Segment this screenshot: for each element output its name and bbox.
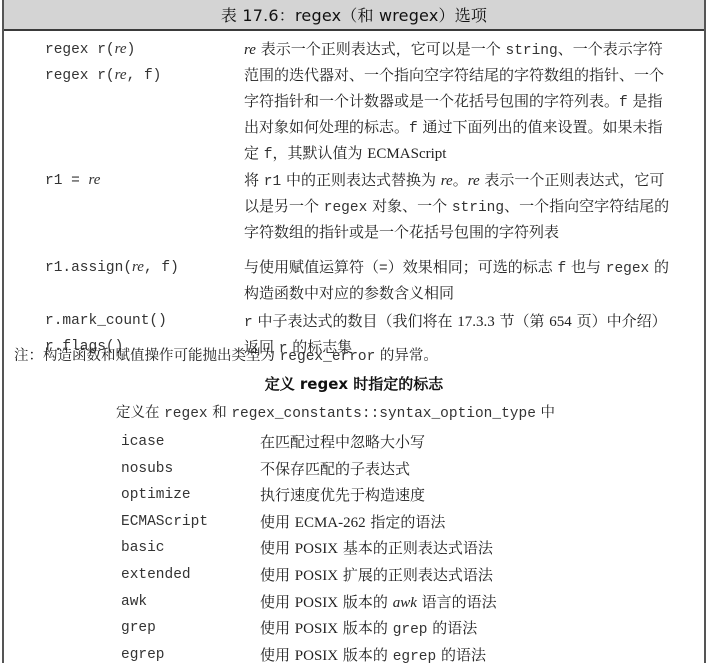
- table-title: 表 17.6：regex（和 wregex）选项: [221, 3, 487, 26]
- signature: r1 = re: [45, 167, 100, 193]
- text-span: 使用: [260, 646, 295, 663]
- text-span: 出对象如何处理的标志。: [244, 118, 409, 136]
- flag-name: grep: [121, 615, 156, 641]
- regex-options-table: 表 17.6：regex（和 wregex）选项 regex r(re)rege…: [2, 0, 706, 663]
- text-span: 注：构造函数和赋值操作可能抛出类型为: [14, 348, 280, 364]
- description-line: 以是另一个 regex 对象、一个 string、一个指向空字符结尾的: [244, 193, 702, 219]
- text-span: 将: [244, 171, 264, 189]
- signature: regex r(re): [45, 36, 161, 62]
- text-span: POSIX: [295, 595, 338, 611]
- exception-note: 注：构造函数和赋值操作可能抛出类型为 regex_error 的异常。: [14, 346, 438, 367]
- description-line: 字符指针和一个计数器或是一个花括号包围的字符列表。f 是指: [244, 88, 702, 114]
- flag-description: 使用 POSIX 版本的 grep 的语法: [260, 615, 477, 643]
- text-span: regex_constants::syntax_option_type: [231, 406, 536, 422]
- text-span: r1: [264, 174, 281, 190]
- text-span: regex: [324, 200, 368, 216]
- flag-row: awk使用 POSIX 版本的 awk 语言的语法: [4, 589, 704, 615]
- text-span: 中子表达式的数目（我们将在: [253, 312, 458, 330]
- table-header: 表 17.6：regex（和 wregex）选项: [4, 0, 704, 31]
- flag-row: egrep使用 POSIX 版本的 egrep 的语法: [4, 642, 704, 663]
- text-span: regex: [164, 406, 208, 422]
- text-span: 扩展的正则表达式语法: [338, 566, 493, 584]
- description-line: 范围的迭代器对、一个指向空字符结尾的字符数组的指针、一个: [244, 62, 702, 88]
- text-span: grep: [393, 622, 428, 638]
- flag-description: 使用 POSIX 基本的正则表达式语法: [260, 535, 493, 562]
- signature-cell: r1 = re: [45, 167, 100, 193]
- text-span: POSIX: [295, 648, 338, 663]
- text-span: 版本的: [338, 646, 393, 663]
- flag-name: awk: [121, 589, 147, 615]
- text-span: ECMAScript: [367, 146, 446, 162]
- flag-description: 使用 ECMA-262 指定的语法: [260, 509, 445, 536]
- text-span: 是指: [628, 92, 663, 110]
- flags-defined-in: 定义在 regex 和 regex_constants::syntax_opti…: [116, 401, 555, 422]
- text-span: r: [244, 315, 253, 331]
- text-span: 使用: [260, 539, 295, 557]
- text-span: 对象、一个: [367, 197, 452, 215]
- text-span: ECMA-262: [295, 515, 366, 531]
- description-cell: 与使用赋值运算符（=）效果相同；可选的标志 f 也与 regex 的构造函数中对…: [244, 254, 702, 306]
- text-span: 基本的正则表达式语法: [338, 539, 493, 557]
- text-span: 使用: [260, 513, 295, 531]
- description-line: r 中子表达式的数目（我们将在 17.3.3 节（第 654 页）中介绍）: [244, 308, 702, 334]
- flag-name: ECMAScript: [121, 509, 208, 535]
- description-line: 字符数组的指针或是一个花括号包围的字符列表: [244, 219, 702, 245]
- description-line: 出对象如何处理的标志。f 通过下面列出的值来设置。如果未指: [244, 114, 702, 140]
- text-span: 的语法: [428, 619, 478, 637]
- text-span: POSIX: [295, 621, 338, 637]
- text-span: 。: [453, 171, 468, 189]
- text-span: 版本的: [338, 593, 393, 611]
- text-span: 中的正则表达式替换为: [281, 171, 441, 189]
- text-span: 使用: [260, 566, 295, 584]
- text-span: f: [409, 121, 418, 137]
- flag-row: nosubs不保存匹配的子表达式: [4, 456, 704, 482]
- text-span: f: [619, 95, 628, 111]
- text-span: 654: [549, 314, 572, 330]
- flag-description: 使用 POSIX 版本的 awk 语言的语法: [260, 589, 497, 616]
- description-line: 构造函数中对应的参数含义相同: [244, 280, 702, 306]
- signature-cell: regex r(re)regex r(re, f): [45, 36, 161, 88]
- flag-name: nosubs: [121, 456, 173, 482]
- flag-name: icase: [121, 429, 165, 455]
- flag-name: egrep: [121, 642, 165, 663]
- flag-description: 不保存匹配的子表达式: [260, 456, 410, 482]
- description-line: 与使用赋值运算符（=）效果相同；可选的标志 f 也与 regex 的: [244, 254, 702, 280]
- signature: r.mark_count(): [45, 308, 167, 334]
- text-span: 通过下面列出的值来设置。如果未指: [418, 118, 663, 136]
- text-span: ，其默认值为: [272, 144, 367, 162]
- text-span: regex: [606, 261, 650, 277]
- text-span: 语言的语法: [417, 593, 497, 611]
- text-span: regex_error: [280, 349, 376, 365]
- text-span: =: [379, 261, 388, 277]
- text-span: 表示一个正则表达式，它可以是一个: [256, 40, 506, 58]
- text-span: 以是另一个: [244, 197, 324, 215]
- text-span: 使用: [260, 619, 295, 637]
- text-span: 的语法: [436, 646, 486, 663]
- flag-row: extended使用 POSIX 扩展的正则表达式语法: [4, 562, 704, 588]
- text-span: 也与: [566, 258, 606, 276]
- text-span: egrep: [393, 649, 437, 663]
- signature: regex r(re, f): [45, 62, 161, 88]
- text-span: 和: [208, 405, 232, 421]
- flag-description: 使用 POSIX 扩展的正则表达式语法: [260, 562, 493, 589]
- flag-row: basic使用 POSIX 基本的正则表达式语法: [4, 535, 704, 561]
- text-span: 与使用赋值运算符（: [244, 258, 379, 276]
- signature-cell: r.mark_count(): [45, 308, 167, 334]
- text-span: 执行速度优先于构造速度: [260, 486, 425, 504]
- text-span: 使用: [260, 593, 295, 611]
- flag-description: 使用 POSIX 版本的 egrep 的语法: [260, 642, 486, 663]
- text-span: 指定的语法: [366, 513, 446, 531]
- description-line: re 表示一个正则表达式，它可以是一个 string、一个表示字符: [244, 36, 702, 62]
- flag-row: ECMAScript使用 ECMA-262 指定的语法: [4, 509, 704, 535]
- text-span: re: [244, 42, 256, 58]
- flag-row: grep使用 POSIX 版本的 grep 的语法: [4, 615, 704, 641]
- flag-row: optimize执行速度优先于构造速度: [4, 482, 704, 508]
- signature: r1.assign(re, f): [45, 254, 179, 280]
- text-span: ）效果相同；可选的标志: [388, 258, 558, 276]
- text-span: 中: [536, 405, 555, 421]
- text-span: 页）中介绍）: [572, 312, 667, 330]
- text-span: 构造函数中对应的参数含义相同: [244, 284, 454, 302]
- text-span: string: [452, 200, 504, 216]
- text-span: 定: [244, 144, 264, 162]
- text-span: 字符数组的指针或是一个花括号包围的字符列表: [244, 223, 559, 241]
- flag-name: basic: [121, 535, 165, 561]
- text-span: 、一个指向空字符结尾的: [504, 197, 669, 215]
- text-span: re: [468, 173, 480, 189]
- text-span: 范围的迭代器对、一个指向空字符结尾的字符数组的指针、一个: [244, 66, 664, 84]
- text-span: string: [506, 43, 558, 59]
- text-span: 在匹配过程中忽略大小写: [260, 433, 425, 451]
- text-span: 版本的: [338, 619, 393, 637]
- text-span: POSIX: [295, 568, 338, 584]
- text-span: 字符指针和一个计数器或是一个花括号包围的字符列表。: [244, 92, 619, 110]
- description-line: 定 f，其默认值为 ECMAScript: [244, 140, 702, 166]
- text-span: POSIX: [295, 541, 338, 557]
- description-line: 将 r1 中的正则表达式替换为 re。re 表示一个正则表达式，它可: [244, 167, 702, 193]
- text-span: 定义在: [116, 405, 164, 421]
- flag-description: 执行速度优先于构造速度: [260, 482, 425, 508]
- flag-name: extended: [121, 562, 191, 588]
- description-cell: r 中子表达式的数目（我们将在 17.3.3 节（第 654 页）中介绍）: [244, 308, 702, 334]
- description-cell: 将 r1 中的正则表达式替换为 re。re 表示一个正则表达式，它可以是另一个 …: [244, 167, 702, 245]
- signature-cell: r1.assign(re, f): [45, 254, 179, 280]
- flag-row: icase在匹配过程中忽略大小写: [4, 429, 704, 455]
- text-span: awk: [393, 595, 417, 611]
- text-span: 不保存匹配的子表达式: [260, 460, 410, 478]
- text-span: f: [558, 261, 567, 277]
- flags-section-title: 定义 regex 时指定的标志: [4, 373, 704, 394]
- text-span: 表示一个正则表达式，它可: [480, 171, 665, 189]
- flag-description: 在匹配过程中忽略大小写: [260, 429, 425, 455]
- text-span: 、一个表示字符: [558, 40, 663, 58]
- text-span: 的异常。: [375, 348, 438, 364]
- text-span: 节（第: [495, 312, 550, 330]
- flag-name: optimize: [121, 482, 191, 508]
- description-cell: re 表示一个正则表达式，它可以是一个 string、一个表示字符范围的迭代器对…: [244, 36, 702, 166]
- text-span: 17.3.3: [457, 314, 495, 330]
- text-span: 的: [649, 258, 669, 276]
- text-span: re: [441, 173, 453, 189]
